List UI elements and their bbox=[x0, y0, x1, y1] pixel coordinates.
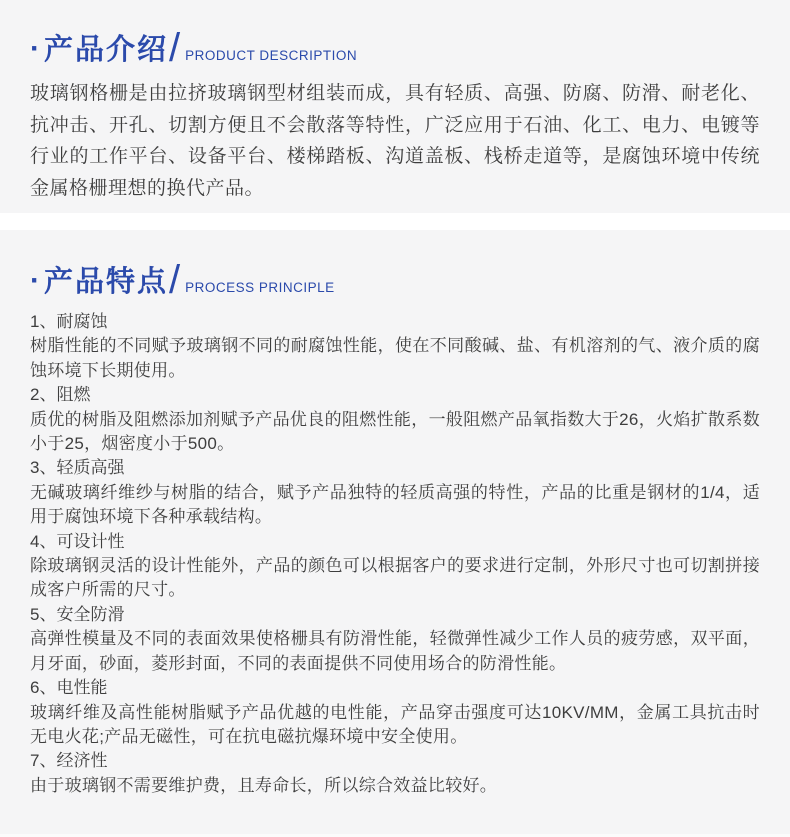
feature-heading: 1、耐腐蚀 bbox=[30, 310, 760, 334]
feature-item-electrical: 6、电性能 玻璃纤维及高性能树脂赋予产品优越的电性能，产品穿击强度可达10KV/… bbox=[30, 676, 760, 749]
feature-heading: 6、电性能 bbox=[30, 676, 760, 700]
feature-text: 除玻璃钢灵活的设计性能外，产品的颜色可以根据客户的要求进行定制，外形尺寸也可切割… bbox=[30, 554, 760, 603]
feature-item-lightweight: 3、轻质高强 无碱玻璃纤维纱与树脂的结合，赋予产品独特的轻质高强的特性，产品的比… bbox=[30, 456, 760, 529]
feature-text: 高弹性模量及不同的表面效果使格栅具有防滑性能，轻微弹性减少工作人员的疲劳感，双平… bbox=[30, 627, 760, 676]
feature-heading: 5、安全防滑 bbox=[30, 603, 760, 627]
product-features-title: 产品特点 bbox=[44, 268, 168, 297]
features-list: 1、耐腐蚀 树脂性能的不同赋予玻璃钢不同的耐腐蚀性能，使在不同酸碱、盐、有机溶剂… bbox=[30, 310, 760, 798]
product-description-title: 产品介绍 bbox=[44, 36, 168, 65]
feature-item-economical: 7、经济性 由于玻璃钢不需要维护费，且寿命长，所以综合效益比较好。 bbox=[30, 749, 760, 798]
product-description-heading: · 产品介绍 / PRODUCT DESCRIPTION bbox=[30, 25, 760, 65]
product-description-body: 玻璃钢格栅是由拉挤玻璃钢型材组装而成，具有轻质、高强、防腐、防滑、耐老化、抗冲击… bbox=[30, 78, 760, 204]
feature-heading: 2、阻燃 bbox=[30, 383, 760, 407]
product-description-section: · 产品介绍 / PRODUCT DESCRIPTION 玻璃钢格栅是由拉挤玻璃… bbox=[0, 0, 790, 213]
feature-text: 由于玻璃钢不需要维护费，且寿命长，所以综合效益比较好。 bbox=[30, 774, 760, 798]
heading-slash-icon: / bbox=[169, 260, 180, 300]
product-description-subtitle: PRODUCT DESCRIPTION bbox=[185, 49, 357, 63]
feature-heading: 7、经济性 bbox=[30, 749, 760, 773]
feature-heading: 4、可设计性 bbox=[30, 530, 760, 554]
product-features-subtitle: PROCESS PRINCIPLE bbox=[185, 281, 335, 295]
feature-item-anti-slip: 5、安全防滑 高弹性模量及不同的表面效果使格栅具有防滑性能，轻微弹性减少工作人员… bbox=[30, 603, 760, 676]
product-page: · 产品介绍 / PRODUCT DESCRIPTION 玻璃钢格栅是由拉挤玻璃… bbox=[0, 0, 790, 837]
feature-item-corrosion: 1、耐腐蚀 树脂性能的不同赋予玻璃钢不同的耐腐蚀性能，使在不同酸碱、盐、有机溶剂… bbox=[30, 310, 760, 383]
feature-text: 树脂性能的不同赋予玻璃钢不同的耐腐蚀性能，使在不同酸碱、盐、有机溶剂的气、液介质… bbox=[30, 334, 760, 383]
feature-heading: 3、轻质高强 bbox=[30, 456, 760, 480]
product-features-heading: · 产品特点 / PROCESS PRINCIPLE bbox=[30, 257, 760, 297]
feature-item-flame-retardant: 2、阻燃 质优的树脂及阻燃添加剂赋予产品优良的阻燃性能，一般阻燃产品氧指数大于2… bbox=[30, 383, 760, 456]
feature-text: 无碱玻璃纤维纱与树脂的结合，赋予产品独特的轻质高强的特性，产品的比重是钢材的1/… bbox=[30, 481, 760, 530]
heading-slash-icon: / bbox=[169, 28, 180, 68]
heading-dot-icon: · bbox=[30, 34, 40, 64]
heading-dot-icon: · bbox=[30, 266, 40, 296]
feature-text: 质优的树脂及阻燃添加剂赋予产品优良的阻燃性能，一般阻燃产品氧指数大于26，火焰扩… bbox=[30, 408, 760, 457]
feature-item-designability: 4、可设计性 除玻璃钢灵活的设计性能外，产品的颜色可以根据客户的要求进行定制，外… bbox=[30, 530, 760, 603]
feature-text: 玻璃纤维及高性能树脂赋予产品优越的电性能，产品穿击强度可达10KV/MM，金属工… bbox=[30, 701, 760, 750]
product-features-section: · 产品特点 / PROCESS PRINCIPLE 1、耐腐蚀 树脂性能的不同… bbox=[0, 230, 790, 837]
section-divider bbox=[0, 213, 790, 230]
